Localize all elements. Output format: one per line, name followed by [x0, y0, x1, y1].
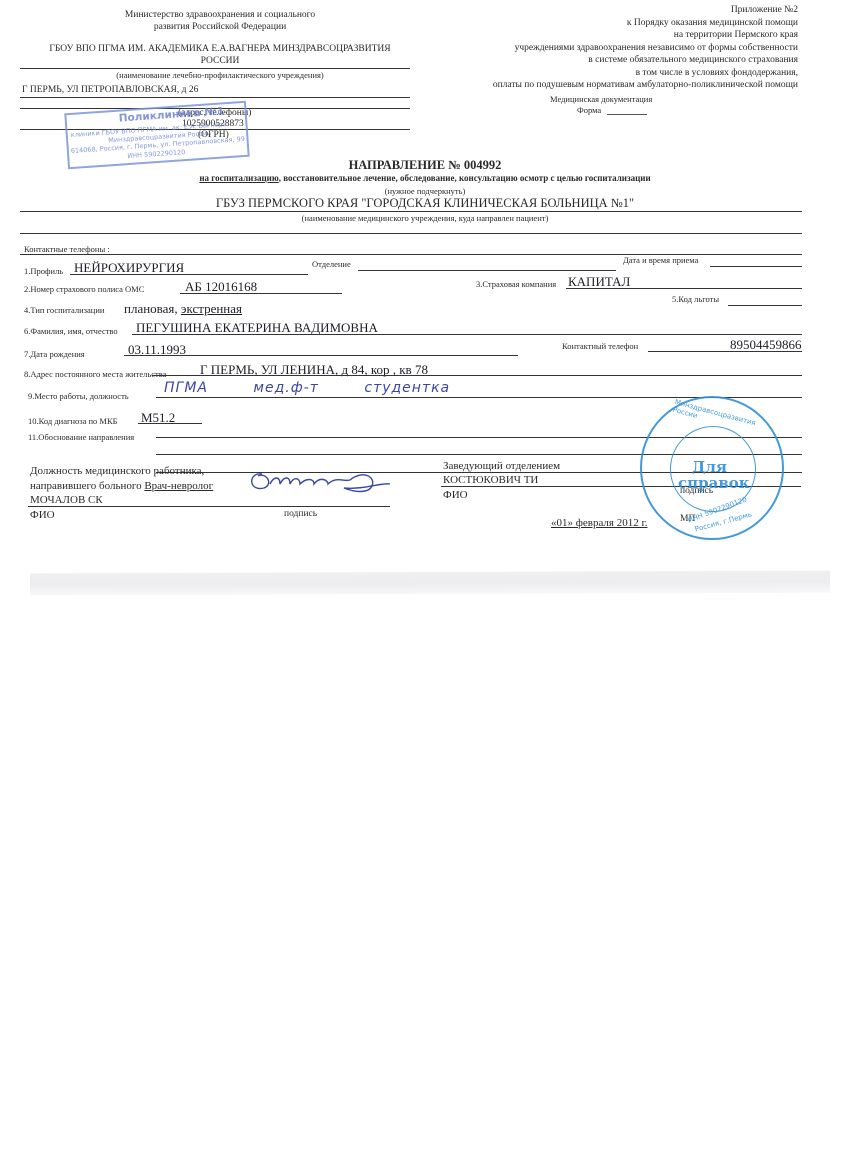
contact-phones-label: Контактные телефоны :: [24, 244, 110, 254]
appendix-block: Приложение №2 к Порядку оказания медицин…: [493, 4, 798, 92]
department-field[interactable]: [358, 270, 616, 271]
fullname-label: 6.Фамилия, имя, отчество: [24, 326, 118, 336]
fullname-line: [132, 334, 802, 335]
hosp-type-planned[interactable]: плановая: [124, 301, 174, 316]
hosp-type-label: 4.Тип госпитализации: [24, 305, 104, 315]
divider: [28, 506, 390, 507]
doctor-position-value: Врач-невролог: [144, 480, 213, 492]
appendix-line: Приложение №2: [493, 4, 798, 17]
appendix-line: оплаты по подушевым нормативам амбулатор…: [493, 79, 798, 92]
address-label: 8.Адрес постоянного места жительства: [24, 369, 166, 379]
profile-label: 1.Профиль: [24, 266, 63, 276]
head-fio-label: ФИО: [443, 489, 468, 501]
admission-datetime-field[interactable]: [710, 266, 802, 267]
divider: [20, 97, 410, 98]
department-label: Отделение: [312, 259, 351, 269]
benefit-code-field[interactable]: [728, 305, 802, 306]
appendix-line: учреждениями здравоохранения независимо …: [493, 42, 798, 55]
referral-title: НАПРАВЛЕНИЕ № 004992: [0, 158, 850, 173]
appendix-line: в системе обязательного медицинского стр…: [493, 54, 798, 67]
birthdate-label: 7.Дата рождения: [24, 349, 85, 359]
icd-line: [138, 423, 202, 424]
ministry-line-2: развития Российской Федерации: [80, 22, 360, 32]
doctor-fio-label: ФИО: [30, 509, 55, 521]
doctor-position-prefix: направившего больного: [30, 480, 142, 492]
policy-line: [180, 293, 342, 294]
appendix-line: в том числе в условиях фондодержания,: [493, 67, 798, 80]
appendix-line: на территории Пермского края: [493, 29, 798, 42]
workplace-label: 9.Место работы, должность: [28, 391, 129, 401]
doctor-position-line-1: Должность медицинского работника,: [30, 465, 204, 477]
document-date: «01» февраля 2012 г.: [551, 517, 648, 529]
contact-phone-line: [648, 351, 802, 352]
head-title: Заведующий отделением: [443, 460, 560, 472]
profile-line: [70, 274, 308, 275]
doctor-position-line-2: направившего больного Врач-невролог: [30, 480, 213, 492]
purpose-caption: (нужное подчеркнуть): [0, 186, 850, 196]
institution-caption: (наименование лечебно-профилактического …: [20, 70, 420, 80]
doctor-signature-label: подпись: [284, 509, 317, 519]
hosp-type-value[interactable]: плановая, экстренная: [124, 301, 242, 317]
scan-edge-shadow: [30, 571, 830, 596]
workplace-value[interactable]: ПГМА мед.ф-т студентка: [164, 380, 450, 396]
hosp-type-emergency[interactable]: экстренная: [181, 301, 242, 316]
destination-caption: (наименование медицинского учреждения, к…: [0, 213, 850, 223]
admission-datetime-label: Дата и время приема: [623, 255, 698, 265]
ministry-line-1: Министерство здравоохранения и социально…: [80, 10, 360, 20]
form-label: Форма: [577, 105, 601, 115]
address-line: [152, 375, 802, 376]
med-doc-label: Медицинская документация: [550, 94, 652, 104]
referral-purpose: на госпитализацию, восстановительное леч…: [0, 173, 850, 183]
contact-phone-label: Контактный телефон: [562, 341, 638, 351]
form-field-line: [607, 114, 647, 115]
head-name: КОСТЮКОВИЧ ТИ: [443, 474, 538, 486]
doctor-signature-icon: [244, 462, 394, 498]
purpose-selected: на госпитализацию: [199, 173, 278, 183]
seal-center-2: справок: [678, 474, 750, 492]
doctor-name: МОЧАЛОВ СК: [30, 494, 103, 506]
justification-label: 11.Обоснование направления: [28, 432, 134, 442]
divider: [20, 68, 410, 69]
policy-label: 2.Номер страхового полиса ОМС: [24, 284, 144, 294]
divider: [20, 233, 802, 234]
icd-label: 10.Код диагноза по МКБ: [28, 416, 118, 426]
institution-name-1: ГБОУ ВПО ПГМА ИМ. АКАДЕМИКА Е.А.ВАГНЕРА …: [20, 44, 420, 54]
appendix-line: к Порядку оказания медицинской помощи: [493, 17, 798, 30]
divider: [20, 211, 802, 212]
purpose-rest: , восстановительное лечение, обследовани…: [279, 173, 651, 183]
institution-address: Г ПЕРМЬ, УЛ ПЕТРОПАВЛОВСКАЯ, д 26: [22, 85, 198, 95]
insurer-label: 3.Страховая компания: [476, 279, 556, 289]
birthdate-line: [124, 355, 518, 356]
round-seal-stamp: Минздравсоцразвития России ИНН 590229012…: [640, 396, 784, 540]
institution-name-2: РОССИИ: [20, 56, 420, 66]
benefit-code-label: 5.Код льготы: [672, 294, 719, 304]
destination-institution: ГБУЗ ПЕРМСКОГО КРАЯ "ГОРОДСКАЯ КЛИНИЧЕСК…: [0, 196, 850, 211]
insurer-line: [566, 288, 802, 289]
